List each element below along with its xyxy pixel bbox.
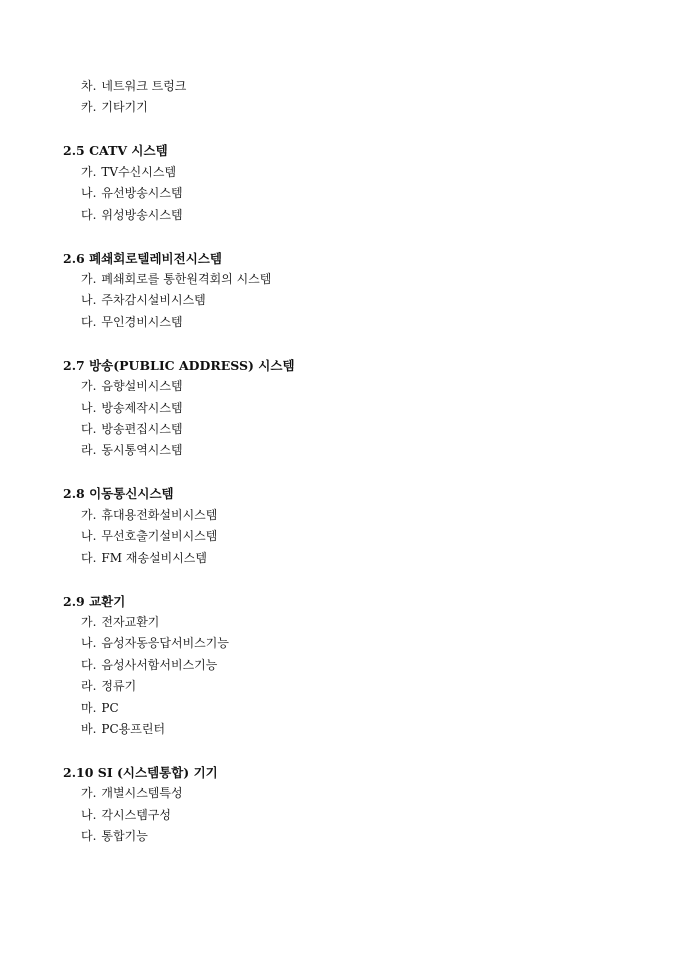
list-item: 나.유선방송시스템 xyxy=(63,183,643,204)
list-item: 다.FM 재송설비시스템 xyxy=(63,548,643,569)
spacer xyxy=(63,569,643,590)
list-item: 차.네트워크 트렁크 xyxy=(63,76,643,97)
list-item: 가.개별시스템특성 xyxy=(63,783,643,804)
list-item: 라.정류기 xyxy=(63,676,643,697)
list-item: 카.기타기기 xyxy=(63,97,643,118)
list-item: 나.각시스템구성 xyxy=(63,805,643,826)
list-item: 마.PC xyxy=(63,698,643,719)
list-item: 나.주차감시설비시스템 xyxy=(63,290,643,311)
section-heading: 2.10 SI (시스템통합) 기기 xyxy=(63,762,643,783)
spacer xyxy=(63,741,643,762)
spacer xyxy=(63,226,643,247)
list-item: 가.전자교환기 xyxy=(63,612,643,633)
spacer xyxy=(63,462,643,483)
list-item: 다.무인경비시스템 xyxy=(63,312,643,333)
spacer xyxy=(63,119,643,140)
list-item: 가.음향설비시스템 xyxy=(63,376,643,397)
list-item: 라.동시통역시스템 xyxy=(63,440,643,461)
list-item: 가.폐쇄회로를 통한원격회의 시스템 xyxy=(63,269,643,290)
list-item: 가.TV수신시스템 xyxy=(63,162,643,183)
section-heading: 2.6 폐쇄회로텔레비전시스템 xyxy=(63,248,643,269)
list-item: 다.통합기능 xyxy=(63,826,643,847)
document-body: 차.네트워크 트렁크 카.기타기기 2.5 CATV 시스템 가.TV수신시스템… xyxy=(63,76,643,848)
section-heading: 2.9 교환기 xyxy=(63,591,643,612)
section-heading: 2.8 이동통신시스템 xyxy=(63,483,643,504)
list-item: 다.위성방송시스템 xyxy=(63,205,643,226)
section-heading: 2.7 방송(PUBLIC ADDRESS) 시스템 xyxy=(63,355,643,376)
list-item: 가.휴대용전화설비시스템 xyxy=(63,505,643,526)
spacer xyxy=(63,333,643,354)
list-item: 나.무선호출기설비시스템 xyxy=(63,526,643,547)
list-item: 나.음성자동응답서비스기능 xyxy=(63,633,643,654)
list-item: 다.음성사서함서비스기능 xyxy=(63,655,643,676)
list-item: 나.방송제작시스템 xyxy=(63,398,643,419)
list-item: 바.PC용프린터 xyxy=(63,719,643,740)
section-heading: 2.5 CATV 시스템 xyxy=(63,140,643,161)
list-item: 다.방송편집시스템 xyxy=(63,419,643,440)
